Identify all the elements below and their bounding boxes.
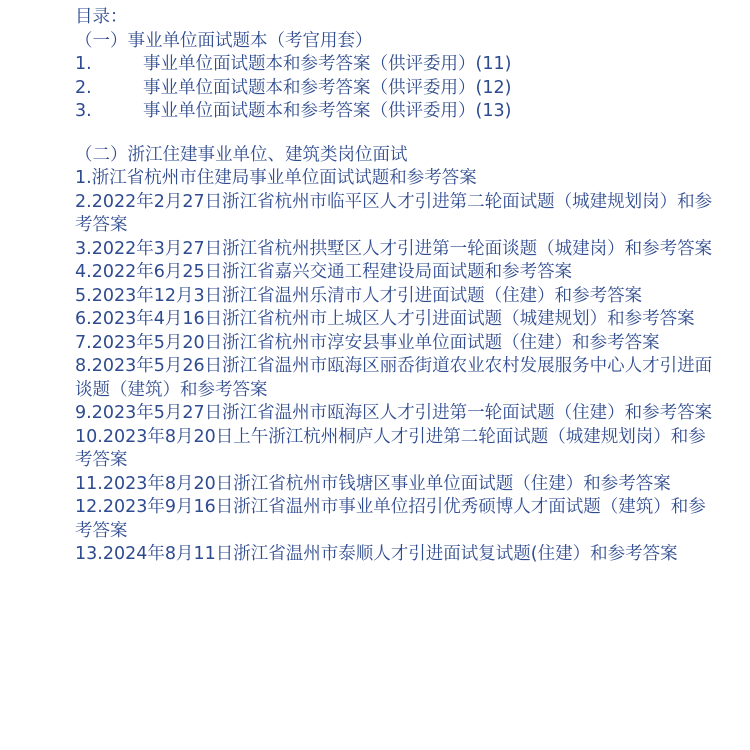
table-of-contents: 目录： （一）事业单位面试题本（考官用套） 1. 事业单位面试题本和参考答案（供… (75, 6, 715, 567)
item-text: 事业单位面试题本和参考答案（供评委用）(11) (143, 53, 511, 77)
item-text: 事业单位面试题本和参考答案（供评委用）(13) (143, 100, 511, 124)
list-item[interactable]: 1.浙江省杭州市住建局事业单位面试试题和参考答案 (75, 167, 715, 191)
list-item[interactable]: 3. 事业单位面试题本和参考答案（供评委用）(13) (75, 100, 715, 124)
list-item[interactable]: 4.2022年6月25日浙江省嘉兴交通工程建设局面试题和参考答案 (75, 261, 715, 285)
list-item[interactable]: 9.2023年5月27日浙江省温州市瓯海区人才引进第一轮面试题（住建）和参考答案 (75, 402, 715, 426)
list-item[interactable]: 13.2024年8月11日浙江省温州市泰顺人才引进面试复试题(住建）和参考答案 (75, 543, 715, 567)
list-item[interactable]: 3.2022年3月27日浙江省杭州拱墅区人才引进第一轮面谈题（城建岗）和参考答案 (75, 238, 715, 262)
item-number: 1. (75, 53, 143, 77)
item-number: 2. (75, 77, 143, 101)
item-text: 事业单位面试题本和参考答案（供评委用）(12) (143, 77, 511, 101)
spacer (75, 124, 715, 144)
list-item[interactable]: 12.2023年9月16日浙江省温州市事业单位招引优秀硕博人才面试题（建筑）和参… (75, 496, 715, 543)
section-1-heading: （一）事业单位面试题本（考官用套） (75, 30, 715, 54)
list-item[interactable]: 7.2023年5月20日浙江省杭州市淳安县事业单位面试题（住建）和参考答案 (75, 332, 715, 356)
section-2-heading: （二）浙江住建事业单位、建筑类岗位面试 (75, 144, 715, 168)
list-item[interactable]: 11.2023年8月20日浙江省杭州市钱塘区事业单位面试题（住建）和参考答案 (75, 473, 715, 497)
list-item[interactable]: 5.2023年12月3日浙江省温州乐清市人才引进面试题（住建）和参考答案 (75, 285, 715, 309)
item-number: 3. (75, 100, 143, 124)
list-item[interactable]: 10.2023年8月20日上午浙江杭州桐庐人才引进第二轮面试题（城建规划岗）和参… (75, 426, 715, 473)
list-item[interactable]: 2. 事业单位面试题本和参考答案（供评委用）(12) (75, 77, 715, 101)
list-item[interactable]: 2.2022年2月27日浙江省杭州市临平区人才引进第二轮面试题（城建规划岗）和参… (75, 191, 715, 238)
toc-title: 目录： (75, 6, 715, 30)
list-item[interactable]: 1. 事业单位面试题本和参考答案（供评委用）(11) (75, 53, 715, 77)
list-item[interactable]: 6.2023年4月16日浙江省杭州市上城区人才引进面试题（城建规划）和参考答案 (75, 308, 715, 332)
list-item[interactable]: 8.2023年5月26日浙江省温州市瓯海区丽岙街道农业农村发展服务中心人才引进面… (75, 355, 715, 402)
